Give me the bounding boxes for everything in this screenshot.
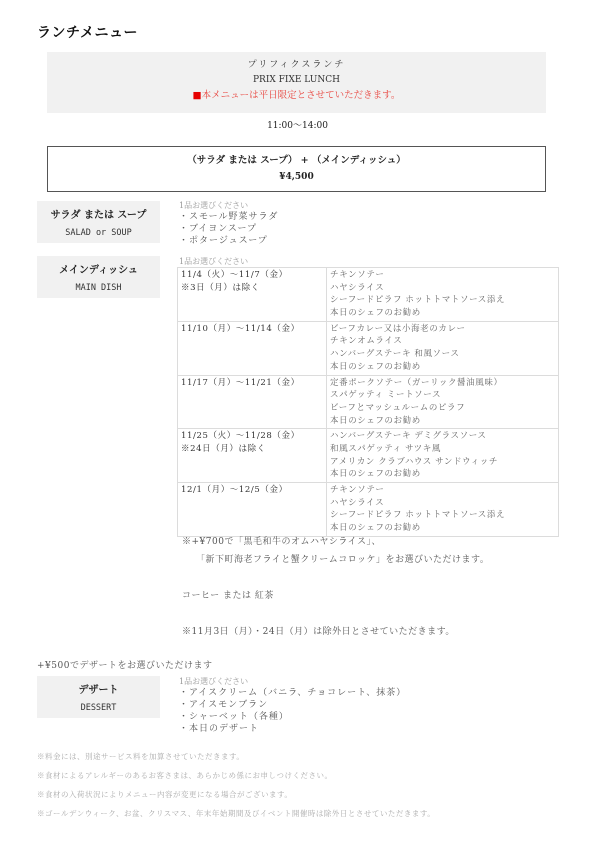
- dish: 本日のシェフのお勧め: [330, 468, 555, 481]
- table-row: 11/25（火）～11/28（金） ※24日（月）は除く ハンバーグステーキ デ…: [178, 429, 559, 483]
- date-cell: 11/25（火）～11/28（金） ※24日（月）は除く: [178, 429, 327, 483]
- dessert-label-jp: デザート: [37, 683, 160, 698]
- dessert-offer: +¥500でデザートをお選びいただけます: [37, 658, 212, 671]
- dish: チキンソテー: [330, 484, 555, 497]
- dessert-label-en: DESSERT: [37, 701, 160, 715]
- course-combo: （サラダ または スープ） + （メインディッシュ）: [48, 153, 545, 169]
- footer-note-holidays: ※ゴールデンウィーク、お盆、クリスマス、年末年始期間及びイベント開催時は除外日と…: [37, 808, 435, 819]
- salad-soup-label-en: SALAD or SOUP: [37, 226, 160, 240]
- date-range: 11/25（火）～11/28（金）: [181, 430, 323, 443]
- dish: ビーフカレー又は小海老のカレー: [330, 323, 555, 336]
- date-range: 11/4（火）～11/7（金）: [181, 269, 323, 282]
- choose-one-hint: 1品お選びください: [179, 676, 406, 687]
- dishes-cell: ビーフカレー又は小海老のカレー チキンオムライス ハンバーグステーキ 和風ソース…: [327, 321, 559, 375]
- date-cell: 11/10（月）～11/14（金）: [178, 321, 327, 375]
- dish: 和風スパゲッティ サツキ風: [330, 443, 555, 456]
- list-item: ・アイスクリーム（バニラ、チョコレート、抹茶）: [179, 687, 406, 699]
- date-range: 11/17（月）～11/21（金）: [181, 377, 323, 390]
- dish: 本日のシェフのお勧め: [330, 307, 555, 320]
- dish: ハヤシライス: [330, 497, 555, 510]
- dish: アメリカン クラブハウス サンドウィッチ: [330, 456, 555, 469]
- footer-note-menu-change: ※食材の入荷状況によりメニュー内容が変更になる場合がございます。: [37, 789, 292, 800]
- salad-soup-label: サラダ または スープ SALAD or SOUP: [37, 201, 160, 243]
- main-dish-label-en: MAIN DISH: [37, 281, 160, 295]
- drink-note: コーヒー または 紅茶: [182, 588, 274, 601]
- list-item: ・スモール野菜サラダ: [179, 211, 278, 223]
- dish: 本日のシェフのお勧め: [330, 415, 555, 428]
- dishes-cell: チキンソテー ハヤシライス シーフードピラフ ホットトマトソース添え 本日のシェ…: [327, 483, 559, 537]
- list-item: ・ブイヨンスープ: [179, 223, 278, 235]
- table-row: 11/17（月）～11/21（金） 定番ポークソテー（ガーリック醤油風味） スパ…: [178, 375, 559, 429]
- footer-note-allergy: ※食材によるアレルギーのあるお客さまは、あらかじめ係にお申しつけください。: [37, 770, 333, 781]
- intro-panel: プリフィクスランチ PRIX FIXE LUNCH ■本メニューは平日限定とさせ…: [47, 52, 546, 113]
- main-dish-label-jp: メインディッシュ: [37, 263, 160, 278]
- table-row: 12/1（月）～12/5（金） チキンソテー ハヤシライス シーフードピラフ ホ…: [178, 483, 559, 537]
- salad-soup-options: 1品お選びください ・スモール野菜サラダ ・ブイヨンスープ ・ポタージュスープ: [179, 200, 278, 247]
- dish: ビーフとマッシュルームのピラフ: [330, 402, 555, 415]
- dish: ハンバーグステーキ 和風ソース: [330, 348, 555, 361]
- dish: チキンソテー: [330, 269, 555, 282]
- table-row: 11/10（月）～11/14（金） ビーフカレー又は小海老のカレー チキンオムラ…: [178, 321, 559, 375]
- weekday-notice: ■本メニューは平日限定とさせていただきます。: [47, 88, 546, 103]
- date-cell: 11/17（月）～11/21（金）: [178, 375, 327, 429]
- date-exception: ※3日（月）は除く: [181, 282, 323, 295]
- lunch-hours: 11:00～14:00: [0, 118, 595, 131]
- main-dish-schedule-table: 11/4（火）～11/7（金） ※3日（月）は除く チキンソテー ハヤシライス …: [177, 267, 559, 537]
- dish: 本日のシェフのお勧め: [330, 522, 555, 535]
- page-title: ランチメニュー: [37, 22, 138, 42]
- exclusion-note: ※11月3日（月）・24日（月）は除外日とさせていただきます。: [182, 624, 455, 637]
- dish: シーフードピラフ ホットトマトソース添え: [330, 509, 555, 522]
- dish: ハヤシライス: [330, 282, 555, 295]
- main-dish-label: メインディッシュ MAIN DISH: [37, 256, 160, 298]
- dessert-options: 1品お選びください ・アイスクリーム（バニラ、チョコレート、抹茶） ・アイスモン…: [179, 676, 406, 735]
- dish: 定番ポークソテー（ガーリック醤油風味）: [330, 377, 555, 390]
- dishes-cell: 定番ポークソテー（ガーリック醤油風味） スパゲッティ ミートソース ビーフとマッ…: [327, 375, 559, 429]
- choose-one-hint: 1品お選びください: [179, 256, 248, 267]
- table-row: 11/4（火）～11/7（金） ※3日（月）は除く チキンソテー ハヤシライス …: [178, 268, 559, 322]
- date-range: 12/1（月）～12/5（金）: [181, 484, 323, 497]
- footer-note-service-charge: ※料金には、別途サービス料を加算させていただきます。: [37, 751, 244, 762]
- upgrade-note-line1: ※+¥700で「黒毛和牛のオムハヤシライス」、: [182, 534, 381, 547]
- course-price: ¥4,500: [48, 169, 545, 185]
- list-item: ・ポタージュスープ: [179, 235, 278, 247]
- list-item: ・本日のデザート: [179, 723, 406, 735]
- dishes-cell: チキンソテー ハヤシライス シーフードピラフ ホットトマトソース添え 本日のシェ…: [327, 268, 559, 322]
- lunch-name-jp: プリフィクスランチ: [47, 58, 546, 73]
- choose-one-hint: 1品お選びください: [179, 200, 278, 211]
- dish: 本日のシェフのお勧め: [330, 361, 555, 374]
- square-marker-icon: ■: [193, 90, 202, 101]
- date-exception: ※24日（月）は除く: [181, 443, 323, 456]
- dish: スパゲッティ ミートソース: [330, 389, 555, 402]
- salad-soup-label-jp: サラダ または スープ: [37, 208, 160, 223]
- lunch-name-en: PRIX FIXE LUNCH: [47, 73, 546, 88]
- dish: チキンオムライス: [330, 335, 555, 348]
- dishes-cell: ハンバーグステーキ デミグラスソース 和風スパゲッティ サツキ風 アメリカン ク…: [327, 429, 559, 483]
- list-item: ・アイスモンブラン: [179, 699, 406, 711]
- list-item: ・シャーベット（各種）: [179, 711, 406, 723]
- date-cell: 12/1（月）～12/5（金）: [178, 483, 327, 537]
- weekday-notice-text: 本メニューは平日限定とさせていただきます。: [202, 90, 401, 101]
- upgrade-note-line2: 「新下町海老フライと蟹クリームコロッケ」をお選びいただけます。: [196, 552, 489, 565]
- date-cell: 11/4（火）～11/7（金） ※3日（月）は除く: [178, 268, 327, 322]
- dish: ハンバーグステーキ デミグラスソース: [330, 430, 555, 443]
- dish: シーフードピラフ ホットトマトソース添え: [330, 294, 555, 307]
- price-box: （サラダ または スープ） + （メインディッシュ） ¥4,500: [47, 146, 546, 192]
- date-range: 11/10（月）～11/14（金）: [181, 323, 323, 336]
- dessert-label: デザート DESSERT: [37, 676, 160, 718]
